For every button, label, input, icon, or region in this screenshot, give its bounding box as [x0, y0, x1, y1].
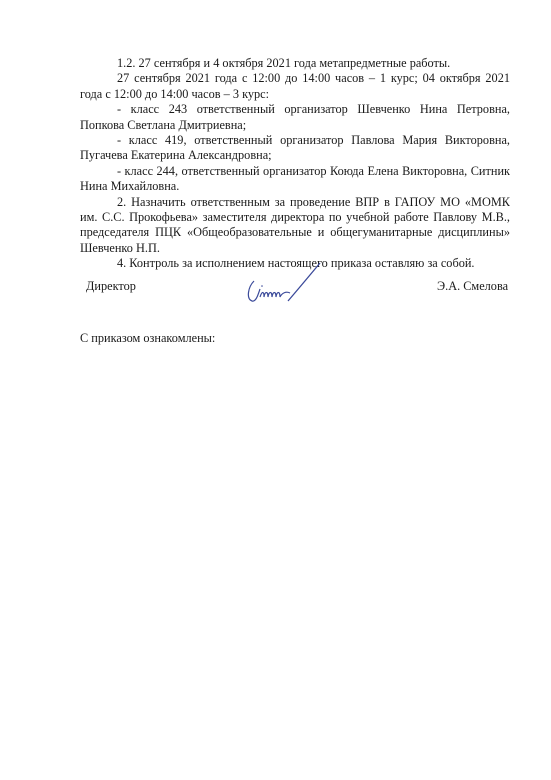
paragraph-class-419: - класс 419, ответственный организатор П… — [80, 133, 510, 164]
signer-name: Э.А. Смелова — [437, 279, 508, 294]
signature-block: Директор Э.А. Смелова — [0, 273, 551, 313]
handwritten-signature-icon — [240, 259, 330, 309]
paragraph-1-2: 1.2. 27 сентября и 4 октября 2021 года м… — [80, 56, 510, 71]
paragraph-class-243: - класс 243 ответственный организатор Ше… — [80, 102, 510, 133]
paragraph-schedule: 27 сентября 2021 года с 12:00 до 14:00 ч… — [80, 71, 510, 102]
order-body: 1.2. 27 сентября и 4 октября 2021 года м… — [80, 56, 510, 272]
document-page: 1.2. 27 сентября и 4 октября 2021 года м… — [0, 0, 551, 780]
paragraph-2-responsible: 2. Назначить ответственным за проведение… — [80, 195, 510, 257]
acknowledgement-label: С приказом ознакомлены: — [80, 331, 215, 346]
signer-title: Директор — [86, 279, 136, 294]
paragraph-class-244: - класс 244, ответственный организатор К… — [80, 164, 510, 195]
